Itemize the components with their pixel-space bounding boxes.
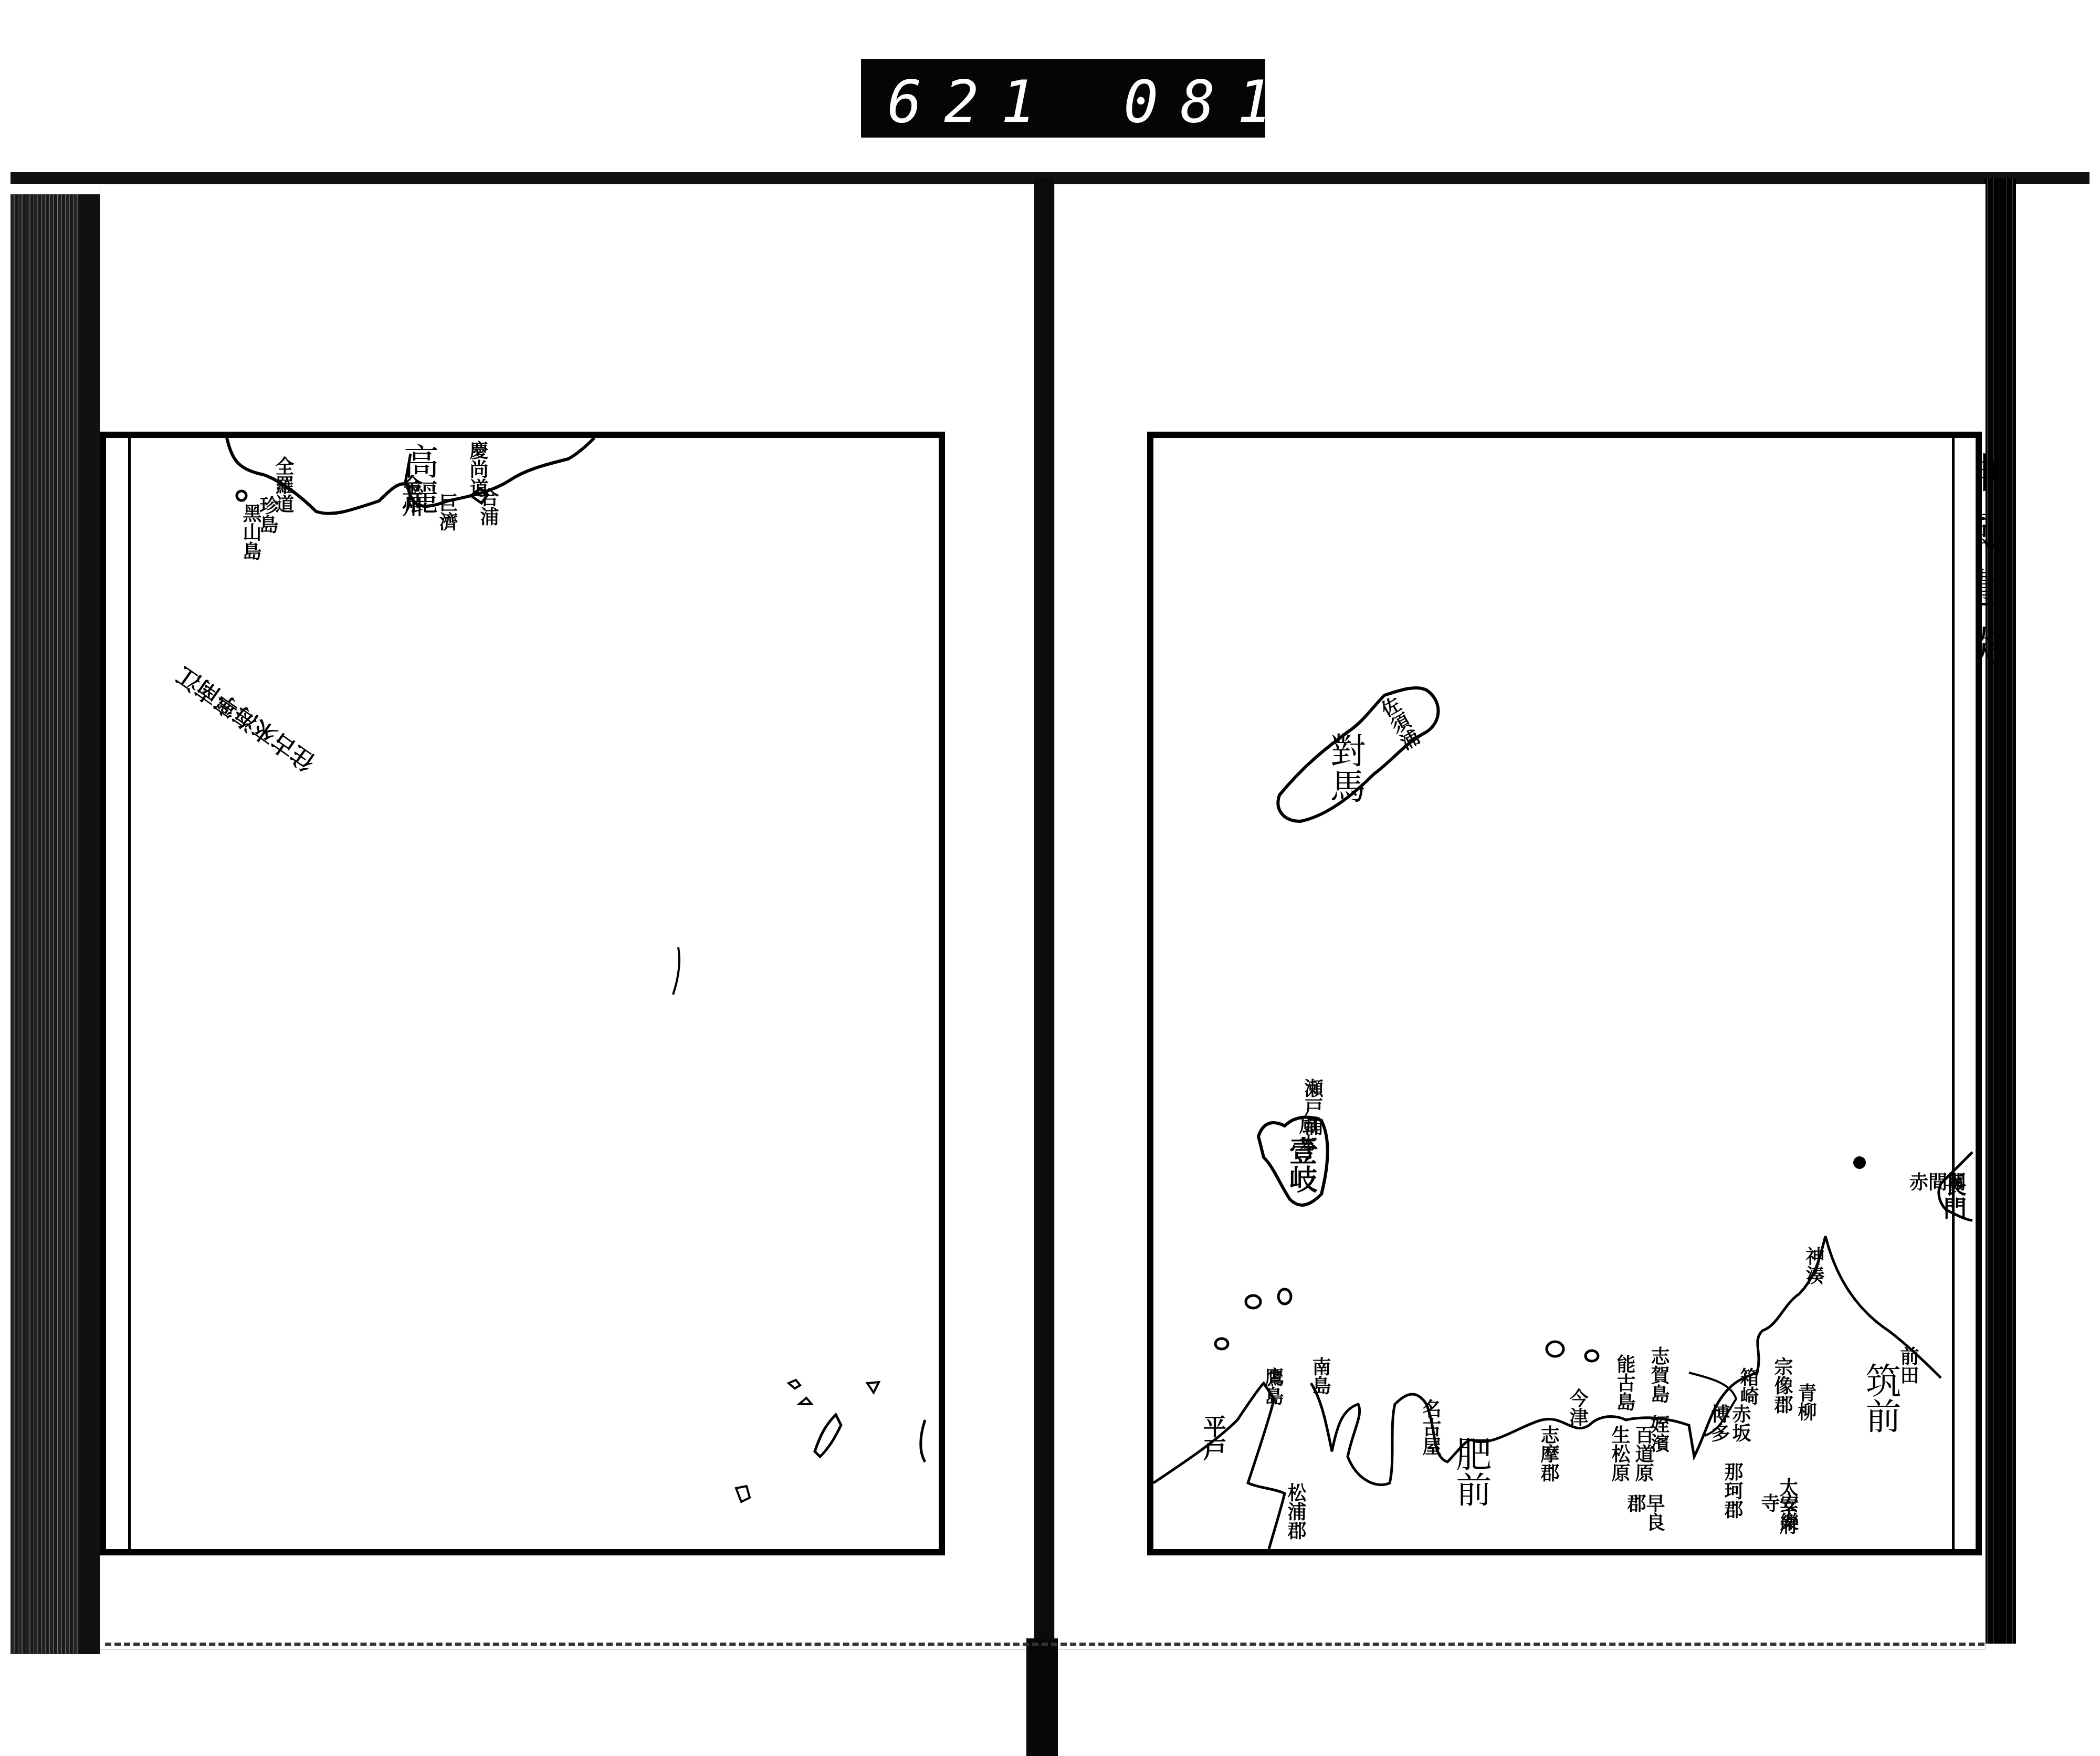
label-takashima: 鷹島 bbox=[1264, 1367, 1283, 1405]
left-gutter-edge bbox=[79, 194, 100, 1654]
label-chikuzen: 筑前 bbox=[1862, 1362, 1898, 1434]
label-anrakuji: 安樂寺 bbox=[1760, 1493, 1798, 1549]
page-bottom-rule bbox=[105, 1643, 1984, 1646]
left-map-frame: 高麗 金州 巨濟 合浦 慶尚道 全羅道 黑山島 珍島 往古來海寧南江 bbox=[100, 432, 945, 1555]
label-hakozaki: 箱崎 bbox=[1739, 1367, 1758, 1405]
label-hirado: 平戸 bbox=[1201, 1415, 1224, 1461]
label-ikinomatsubara: 生松原 bbox=[1610, 1425, 1629, 1482]
label-nokonoshima: 能古島 bbox=[1615, 1354, 1634, 1411]
label-kaminominato: 神湊 bbox=[1804, 1247, 1823, 1284]
label-nagoya: 名古屋 bbox=[1421, 1399, 1440, 1456]
label-munakata: 宗像郡 bbox=[1773, 1357, 1792, 1414]
reel-counter-right: 081. bbox=[1123, 68, 1351, 135]
label-shima: 志摩郡 bbox=[1539, 1425, 1558, 1482]
label-shikanoshima: 志賀島 bbox=[1650, 1346, 1668, 1403]
label-jindo: 珍島 bbox=[258, 496, 277, 534]
label-sawara: 早良郡 bbox=[1626, 1493, 1664, 1549]
goryeo-coast-map bbox=[106, 438, 939, 1549]
right-map-frame: 對馬 佐須浦 壹岐 風本 瀬戸浦 平戸 鷹島 南島 松浦郡 名古屋 肥前 志摩郡… bbox=[1147, 432, 1982, 1555]
right-gutter-shadow bbox=[1984, 179, 2016, 1644]
label-tsushima: 對馬 bbox=[1327, 732, 1362, 803]
label-minamishima: 南島 bbox=[1311, 1357, 1330, 1395]
label-aoyagi: 青柳 bbox=[1797, 1383, 1815, 1421]
label-meinohama: 姪濱 bbox=[1650, 1415, 1668, 1452]
label-maeda: 前田 bbox=[1899, 1346, 1918, 1384]
label-setoura: 瀬戸浦 bbox=[1303, 1079, 1322, 1135]
label-geoje: 巨濟 bbox=[438, 493, 457, 531]
spine-foot bbox=[1026, 1638, 1058, 1756]
label-gyeongsang: 慶尚道 bbox=[468, 441, 487, 497]
label-imazu: 今津 bbox=[1568, 1388, 1587, 1426]
reel-counter-plate: 621 081. bbox=[861, 59, 1265, 138]
label-matsuura: 松浦郡 bbox=[1286, 1483, 1305, 1540]
label-hizen: 肥前 bbox=[1453, 1436, 1488, 1507]
label-akamagaseki: 赤間關 bbox=[1909, 1173, 1966, 1192]
book-spine bbox=[1034, 179, 1054, 1644]
reel-counter-left: 621 bbox=[887, 68, 1058, 135]
label-akasaka: 赤坂 bbox=[1731, 1404, 1750, 1442]
label-hakata: 博多 bbox=[1710, 1404, 1729, 1442]
label-jinju: 金州 bbox=[400, 475, 421, 517]
label-naka: 那珂郡 bbox=[1723, 1462, 1742, 1519]
